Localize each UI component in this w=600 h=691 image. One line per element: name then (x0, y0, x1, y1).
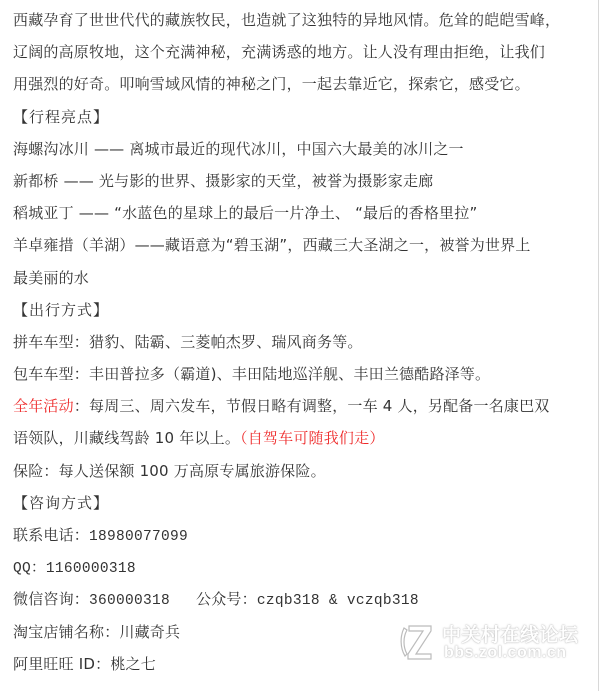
activity-line-1: 全年活动：每周三、周六发车，节假日略有调整，一车 4 人，另配备一名康巴双 (13, 390, 591, 422)
highlight-item-xinduqiao: 新都桥 —— 光与影的世界、摄影家的天堂，被誉为摄影家走廊 (13, 165, 591, 197)
qq-label: QQ： (13, 561, 46, 577)
public-account-label: 公众号： (196, 590, 257, 608)
contact-wechat: 微信咨询：360000318公众号：czqb318 & vczqb318 (13, 583, 591, 615)
document-body: 西藏孕育了世世代代的藏族牧民，也造就了这独特的异地风情。危耸的皑皑雪峰， 辽阔的… (13, 4, 591, 680)
intro-line-1: 西藏孕育了世世代代的藏族牧民，也造就了这独特的异地风情。危耸的皑皑雪峰， (13, 4, 591, 36)
public-account-id: czqb318 & vczqb318 (257, 593, 419, 609)
intro-line-3: 用强烈的好奇。叩响雪域风情的神秘之门，一起去靠近它，探索它，感受它。 (13, 68, 591, 100)
highlight-item-yamdrok-lake: 羊卓雍措（羊湖）——藏语意为“碧玉湖”，西藏三大圣湖之一，被誉为世界上 (13, 229, 591, 261)
aliwangwang-label: 阿里旺旺 ID： (13, 655, 110, 673)
activity-label: 全年活动 (13, 397, 74, 415)
watermark-url: bbs.zol.com.cn (444, 644, 567, 662)
wechat-label: 微信咨询： (13, 590, 89, 608)
highlights-heading: 【行程亮点】 (13, 101, 591, 133)
charter-vehicles: 包车车型：丰田普拉多（霸道)、丰田陆地巡洋舰、丰田兰德酷路泽等。 (13, 358, 591, 390)
activity-text-1: ：每周三、周六发车，节假日略有调整，一车 4 人，另配备一名康巴双 (74, 397, 550, 415)
insurance-info: 保险：每人送保额 100 万高原专属旅游保险。 (13, 455, 591, 487)
carpool-vehicles: 拼车车型：猎豹、陆霸、三菱帕杰罗、瑞风商务等。 (13, 326, 591, 358)
self-drive-note: （自驾车可随我们走） (240, 429, 385, 447)
watermark-title: 中关村在线论坛 (442, 620, 579, 647)
zol-logo-icon (398, 618, 434, 664)
phone-label: 联系电话： (13, 526, 89, 544)
intro-line-2: 辽阔的高原牧地，这个充满神秘，充满诱惑的地方。让人没有理由拒绝，让我们 (13, 36, 591, 68)
qq-number: 1160000318 (46, 561, 136, 577)
activity-line-2: 语领队，川藏线驾龄 10 年以上。（自驾车可随我们走） (13, 422, 591, 454)
wechat-id: 360000318 (89, 593, 170, 609)
aliwangwang-id: 桃之七 (110, 655, 156, 673)
contact-qq: QQ：1160000318 (13, 551, 591, 583)
highlight-item-yamdrok-lake-cont: 最美丽的水 (13, 262, 591, 294)
highlight-item-daocheng-yading: 稻城亚丁 —— “水蓝色的星球上的最后一片净土、 “最后的香格里拉” (13, 197, 591, 229)
contact-phone: 联系电话：18980077099 (13, 519, 591, 551)
document-page: 西藏孕育了世世代代的藏族牧民，也造就了这独特的异地风情。危耸的皑皑雪峰， 辽阔的… (0, 0, 599, 691)
activity-text-2: 语领队，川藏线驾龄 10 年以上。 (13, 429, 240, 447)
travel-heading: 【出行方式】 (13, 294, 591, 326)
highlight-item-hailuogou: 海螺沟冰川 —— 离城市最近的现代冰川，中国六大最美的冰川之一 (13, 133, 591, 165)
contact-heading: 【咨询方式】 (13, 487, 591, 519)
zol-watermark: 中关村在线论坛 bbs.zol.com.cn (398, 618, 578, 668)
phone-number: 18980077099 (89, 529, 188, 545)
